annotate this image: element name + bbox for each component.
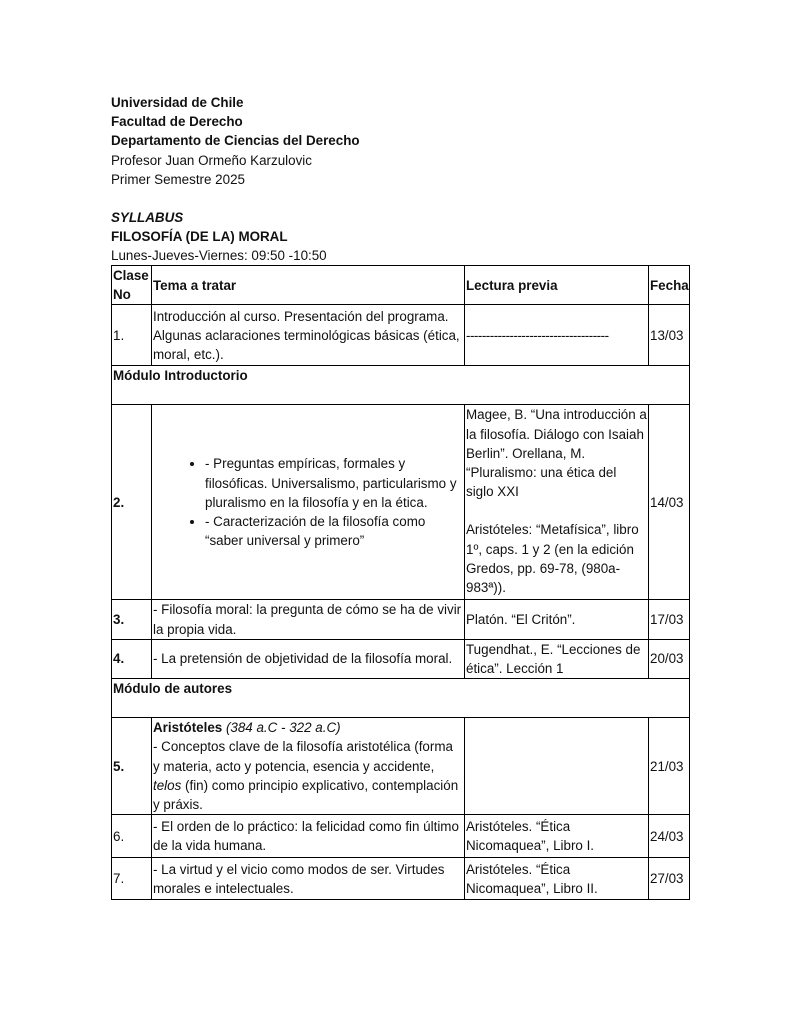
col-header-lectura: Lectura previa (465, 266, 649, 305)
module-row: Módulo de autores (112, 679, 690, 718)
row-tema: - Preguntas empíricas, formales y filosó… (152, 405, 465, 600)
row-lectura: ------------------------------------ (465, 305, 649, 366)
table-row: 6. - El orden de lo práctico: la felicid… (112, 815, 690, 858)
lectura-part-b: Aristóteles: “Metafísica”, libro 1º, cap… (466, 520, 647, 597)
row-number: 4. (112, 639, 152, 678)
row-fecha: 20/03 (649, 639, 690, 678)
department-name: Departamento de Ciencias del Derecho (111, 131, 360, 150)
tema-bullet: - Preguntas empíricas, formales y filosó… (205, 454, 463, 512)
table-row: 5. Aristóteles (384 a.C - 322 a.C) - Con… (112, 718, 690, 815)
row-number: 7. (112, 858, 152, 900)
row-tema: - La pretensión de objetividad de la fil… (152, 639, 465, 678)
table-row: 1. Introducción al curso. Presentación d… (112, 305, 690, 366)
schedule: Lunes-Jueves-Viernes: 09:50 -10:50 (111, 246, 360, 265)
table-header-row: ClaseNo Tema a tratar Lectura previa Fec… (112, 266, 690, 305)
row-fecha: 13/03 (649, 305, 690, 366)
row-lectura: Aristóteles. “Ética Nicomaquea”, Libro I… (465, 858, 649, 900)
document-header: Universidad de Chile Facultad de Derecho… (111, 93, 360, 266)
university-name: Universidad de Chile (111, 93, 360, 112)
faculty-name: Facultad de Derecho (111, 112, 360, 131)
table-row: 3. - Filosofía moral: la pregunta de cóm… (112, 600, 690, 639)
lectura-part-a: Magee, B. “Una introducción a la filosof… (466, 405, 647, 501)
row-tema: - El orden de lo práctico: la felicidad … (152, 815, 465, 858)
col-header-tema: Tema a tratar (152, 266, 465, 305)
table-row: 7. - La virtud y el vicio como modos de … (112, 858, 690, 900)
row-tema: Aristóteles (384 a.C - 322 a.C) - Concep… (152, 718, 465, 815)
author-name: Aristóteles (153, 720, 222, 735)
row-fecha: 24/03 (649, 815, 690, 858)
row-fecha: 21/03 (649, 718, 690, 815)
tema-text-a: - Conceptos clave de la filosofía aristo… (153, 739, 453, 773)
tema-bullet-list: - Preguntas empíricas, formales y filosó… (153, 454, 463, 550)
module-row: Módulo Introductorio (112, 366, 690, 405)
col-header-clase: ClaseNo (112, 266, 152, 305)
row-lectura (465, 718, 649, 815)
row-tema: Introducción al curso. Presentación del … (152, 305, 465, 366)
tema-bullet: - Caracterización de la filosofía como “… (205, 512, 463, 550)
doc-type: SYLLABUS (111, 208, 360, 227)
table-row: 2. - Preguntas empíricas, formales y fil… (112, 405, 690, 600)
row-number: 1. (112, 305, 152, 366)
module-title: Módulo Introductorio (112, 366, 690, 405)
syllabus-table: ClaseNo Tema a tratar Lectura previa Fec… (111, 265, 690, 900)
table-row: 4. - La pretensión de objetividad de la … (112, 639, 690, 678)
row-tema: - La virtud y el vicio como modos de ser… (152, 858, 465, 900)
row-lectura: Platón. “El Critón”. (465, 600, 649, 639)
semester: Primer Semestre 2025 (111, 170, 360, 189)
row-number: 3. (112, 600, 152, 639)
module-title: Módulo de autores (112, 679, 690, 718)
row-number: 2. (112, 405, 152, 600)
row-lectura: Aristóteles. “Ética Nicomaquea”, Libro I… (465, 815, 649, 858)
row-lectura: Magee, B. “Una introducción a la filosof… (465, 405, 649, 600)
tema-italic-term: telos (153, 778, 181, 793)
spacer (111, 189, 360, 208)
row-fecha: 14/03 (649, 405, 690, 600)
row-number: 5. (112, 718, 152, 815)
course-title: FILOSOFÍA (DE LA) MORAL (111, 227, 360, 246)
row-lectura: Tugendhat., E. “Lecciones de ética”. Lec… (465, 639, 649, 678)
professor-name: Profesor Juan Ormeño Karzulovic (111, 151, 360, 170)
col-header-fecha: Fecha (649, 266, 690, 305)
row-fecha: 17/03 (649, 600, 690, 639)
row-tema: - Filosofía moral: la pregunta de cómo s… (152, 600, 465, 639)
row-number: 6. (112, 815, 152, 858)
row-fecha: 27/03 (649, 858, 690, 900)
author-dates: (384 a.C - 322 a.C) (226, 720, 341, 735)
tema-text-b: (fin) como principio explicativo, contem… (153, 778, 458, 812)
